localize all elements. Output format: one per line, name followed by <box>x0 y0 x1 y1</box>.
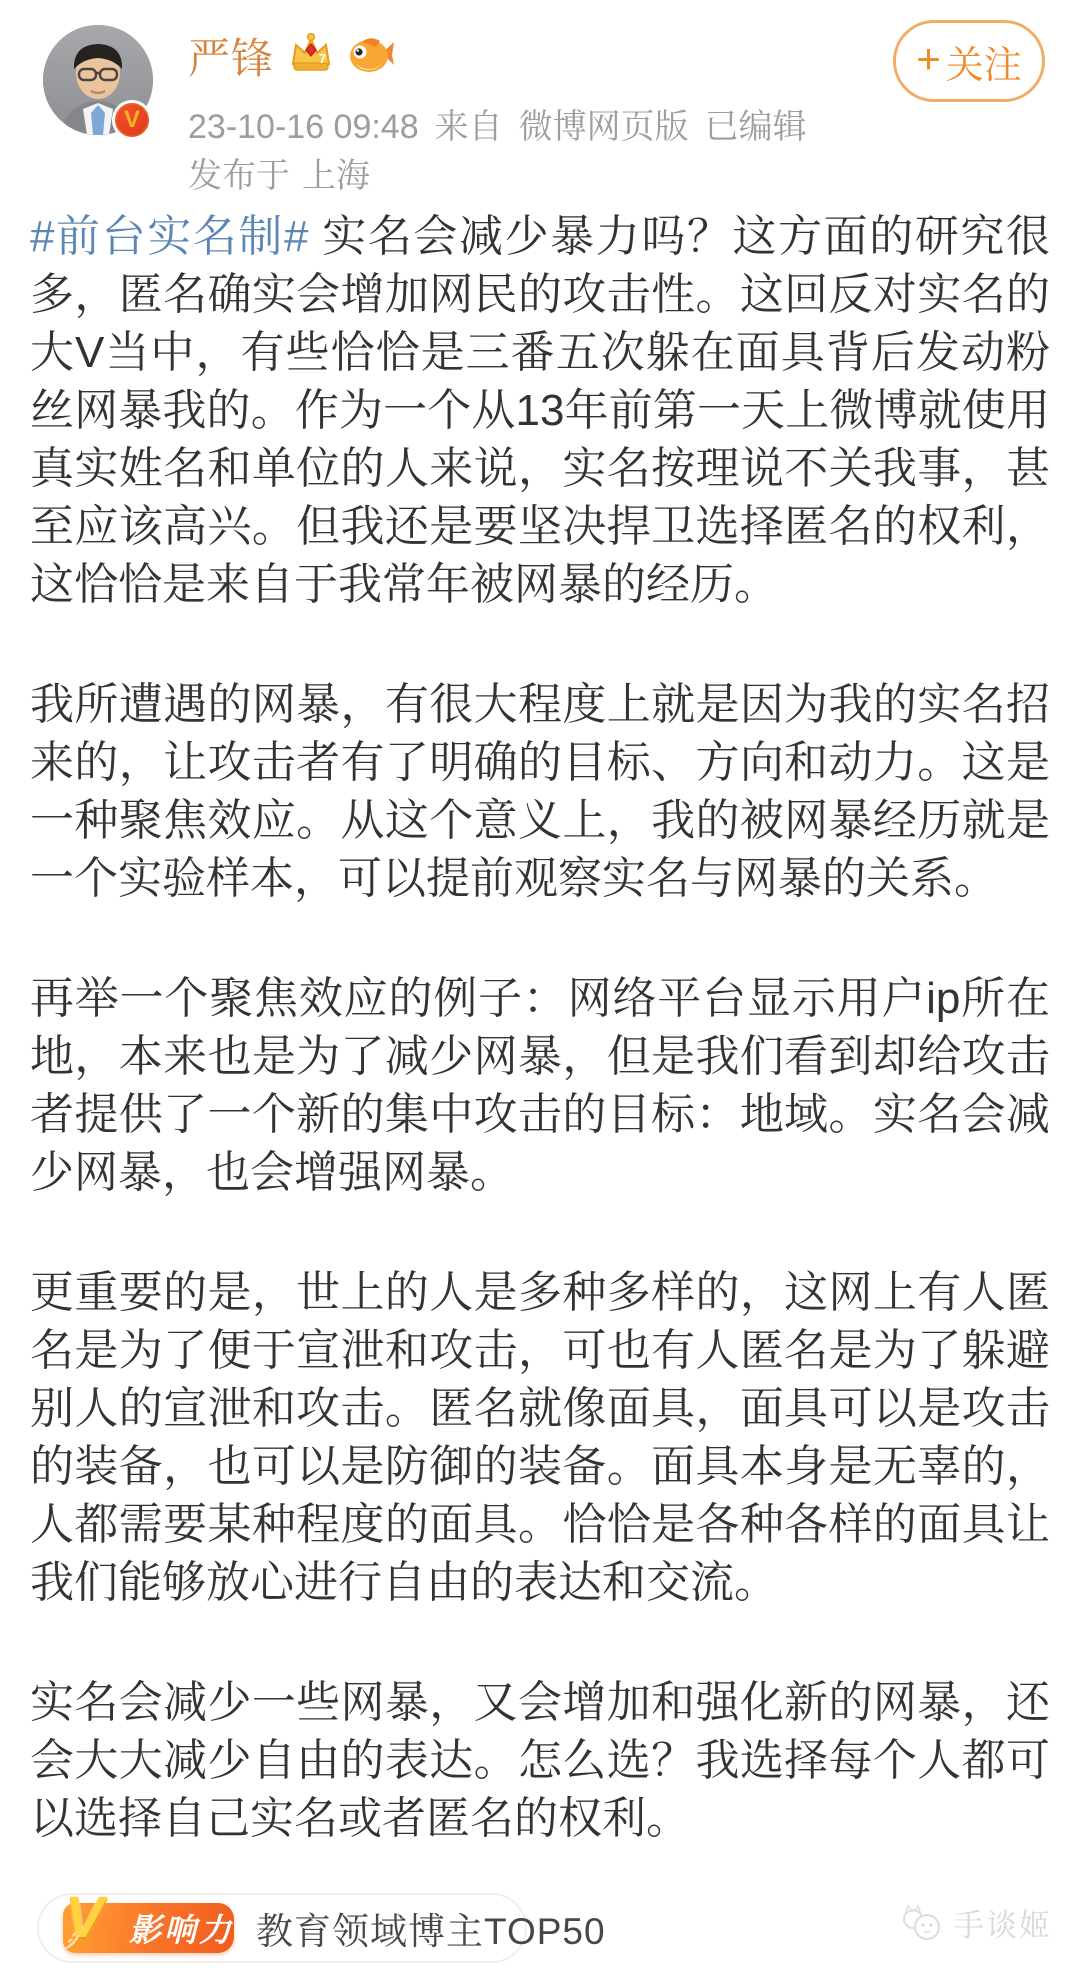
post-paragraph-1: #前台实名制# 实名会减少暴力吗？这方面的研究很多，匿名确实会增加网民的攻击性。… <box>30 208 1050 614</box>
source-prefix: 来自 <box>435 108 503 146</box>
edited-flag: 已编辑 <box>705 108 807 146</box>
post-content: #前台实名制# 实名会减少暴力吗？这方面的研究很多，匿名确实会增加网民的攻击性。… <box>0 190 1080 1848</box>
weibo-post-screenshot: V 严锋 7 <box>0 0 1080 1972</box>
verified-v-icon: V <box>112 100 152 140</box>
influence-badge-text: 教育领域博主TOP50 <box>256 1901 606 1955</box>
source-link[interactable]: 微博网页版 <box>519 108 689 146</box>
post-paragraph-5: 实名会减少一些网暴，又会增加和强化新的网暴，还会大大减少自由的表达。怎么选？我选… <box>30 1674 1050 1848</box>
publish-location: 发布于上海 <box>188 148 382 197</box>
author-name[interactable]: 严锋 <box>188 26 274 86</box>
wheat-icon <box>63 1925 97 1956</box>
influence-badge-pill[interactable]: V 影响力 教育领域博主TOP50 <box>37 1893 527 1963</box>
post-paragraph-3: 再举一个聚焦效应的例子：网络平台显示用户ip所在地，本来也是为了减少网暴，但是我… <box>30 970 1050 1202</box>
watermark-text: 手谈姬 <box>953 1900 1052 1945</box>
hashtag-link[interactable]: #前台实名制# <box>30 212 308 261</box>
publish-prefix: 发布于 <box>188 157 290 195</box>
location[interactable]: 上海 <box>302 157 370 195</box>
plus-icon: + <box>916 38 941 80</box>
vip-crown-icon[interactable]: 7 <box>288 32 334 81</box>
post-paragraph-2: 我所遭遇的网暴，有很大程度上就是因为我的实名招来的，让攻击者有了明确的目标、方向… <box>30 676 1050 908</box>
timestamp: 23-10-16 09:48 <box>188 108 419 146</box>
post-paragraph-4: 更重要的是，世上的人是多种多样的，这网上有人匿名是为了便于宣泄和攻击，可也有人匿… <box>30 1264 1050 1612</box>
v-influence-logo: V 影响力 <box>63 1903 234 1953</box>
v-influence-label: 影响力 <box>129 1905 234 1951</box>
koi-fish-icon[interactable] <box>348 33 396 80</box>
author-name-row: 严锋 7 <box>188 32 396 80</box>
follow-button[interactable]: + 关注 <box>893 20 1045 102</box>
paragraph-text: 实名会减少暴力吗？这方面的研究很多，匿名确实会增加网民的攻击性。这回反对实名的大… <box>30 212 1050 609</box>
post-meta: 23-10-16 09:48来自微博网页版已编辑 <box>188 99 823 148</box>
watermark: 手谈姬 <box>901 1900 1052 1945</box>
mascot-icon <box>901 1903 947 1943</box>
svg-text:7: 7 <box>319 51 326 66</box>
post-header: V 严锋 7 <box>0 0 1080 190</box>
follow-label: 关注 <box>946 34 1022 89</box>
